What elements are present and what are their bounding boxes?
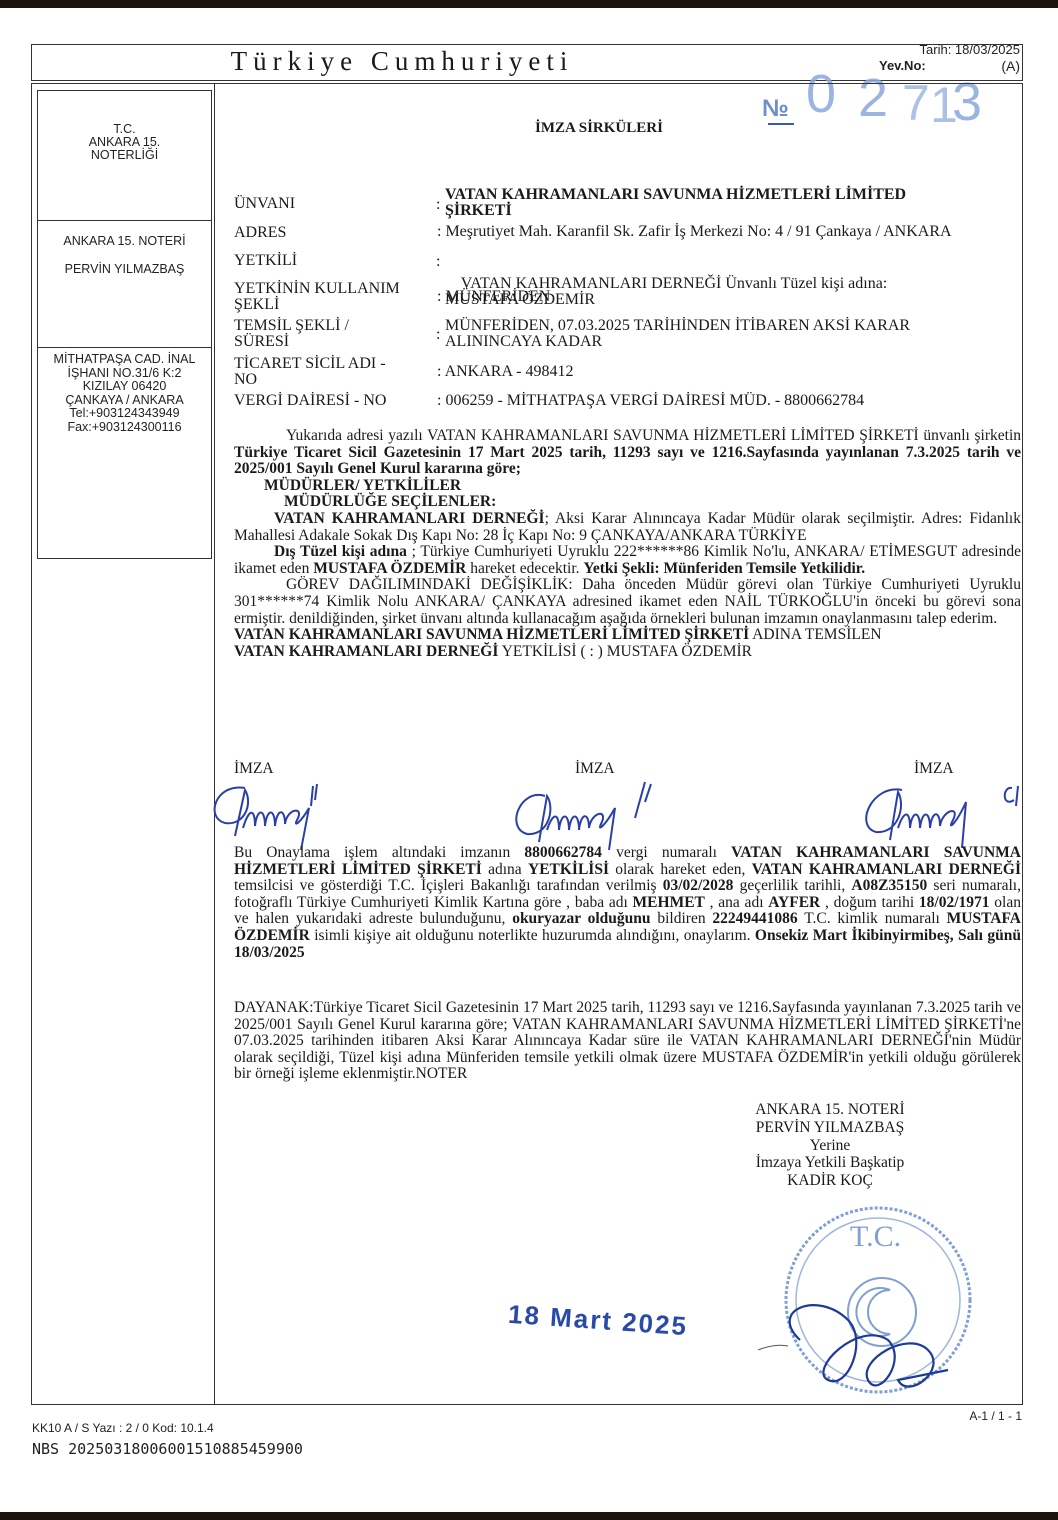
- field-value-ticaret-sicil: : ANKARA - 498412: [437, 364, 573, 380]
- field-label-unvani: ÜNVANI: [234, 196, 295, 212]
- notary-section: ANKARA 15. NOTERİ PERVİN YILMAZBAŞ: [38, 221, 211, 348]
- page-number: A-1 / 1 - 1: [969, 1409, 1022, 1423]
- field-label-yetkili: YETKİLİ: [234, 253, 297, 269]
- page-title: Türkiye Cumhuriyeti: [32, 46, 772, 77]
- bottom-dark-border: [0, 1512, 1058, 1520]
- notary-seal-icon: T.C.: [758, 1200, 988, 1400]
- field-label-adres: ADRES: [234, 225, 286, 241]
- field-value-unvani: VATAN KAHRAMANLARI SAVUNMA HİZMETLERİ Lİ…: [445, 187, 906, 219]
- address-line: MİTHATPAŞA CAD. İNAL: [38, 353, 211, 367]
- nbs-number: NBS 20250318006001510885459900: [32, 1440, 303, 1458]
- field-label-kullanim-sekli: YETKİNİN KULLANIMŞEKLİ: [234, 281, 400, 313]
- notary-signature-block: ANKARA 15. NOTERİ PERVİN YILMAZBAŞ Yerin…: [705, 1101, 955, 1190]
- office-section: T.C. ANKARA 15. NOTERLİĞİ: [38, 91, 211, 221]
- svg-text:T.C.: T.C.: [850, 1220, 901, 1253]
- dayanak-text: DAYANAK:Türkiye Ticaret Sicil Gazetesini…: [234, 1000, 1021, 1083]
- field-label-vergi-dairesi: VERGİ DAİRESİ - NO: [234, 393, 386, 409]
- phone: Tel:+903124343949: [38, 407, 211, 421]
- field-label-temsil-sekli: TEMSİL ŞEKLİ /SÜRESİ: [234, 318, 349, 350]
- signature-label: İMZA: [234, 760, 274, 778]
- yev-no-suffix: (A): [1001, 58, 1020, 74]
- colon: :: [436, 196, 440, 214]
- notary-address: MİTHATPAŞA CAD. İNAL İŞHANI NO.31/6 K:2 …: [38, 353, 211, 434]
- address-line: ÇANKAYA / ANKARA: [38, 394, 211, 408]
- top-dark-border: [0, 0, 1058, 8]
- approval-text: Bu Onaylama işlem altındaki imzanın 8800…: [234, 845, 1021, 961]
- field-value-adres: : Meşrutiyet Mah. Karanfil Sk. Zafir İş …: [437, 224, 952, 240]
- notary-name: PERVİN YILMAZBAŞ: [38, 262, 211, 276]
- signature-icon: [505, 778, 685, 853]
- colon: :: [436, 326, 440, 344]
- signature-label: İMZA: [575, 760, 615, 778]
- fax: Fax:+903124300116: [38, 421, 211, 435]
- field-label-ticaret-sicil: TİCARET SİCİL ADI -NO: [234, 356, 386, 388]
- office-line: NOTERLİĞİ: [38, 149, 211, 162]
- field-value-kullanim-sekli: : MÜNFERİDEN: [437, 289, 550, 305]
- field-value-vergi-dairesi: : 006259 - MİTHATPAŞA VERGİ DAİRESİ MÜD.…: [437, 393, 864, 409]
- left-column: T.C. ANKARA 15. NOTERLİĞİ ANKARA 15. NOT…: [32, 84, 215, 1404]
- signature-label: İMZA: [914, 760, 954, 778]
- field-value-temsil-sekli: MÜNFERİDEN, 07.03.2025 TARİHİNDEN İTİBAR…: [445, 318, 910, 350]
- field-value-yetkili: VATAN KAHRAMANLARI DERNEĞİ Ünvanlı Tüzel…: [445, 244, 887, 324]
- body-text: Yukarıda adresi yazılı VATAN KAHRAMANLAR…: [234, 428, 1021, 660]
- notary-title: ANKARA 15. NOTERİ: [38, 234, 211, 248]
- address-line: İŞHANI NO.31/6 K:2: [38, 367, 211, 381]
- signature-icon: [852, 778, 1032, 853]
- notary-info-box: T.C. ANKARA 15. NOTERLİĞİ ANKARA 15. NOT…: [37, 90, 212, 559]
- signature-icon: [205, 778, 385, 853]
- colon: :: [436, 253, 440, 271]
- form-code: KK10 A / S Yazı : 2 / 0 Kod: 10.1.4: [32, 1421, 214, 1435]
- address-line: KIZILAY 06420: [38, 380, 211, 394]
- document-title: İMZA SİRKÜLERİ: [535, 120, 663, 137]
